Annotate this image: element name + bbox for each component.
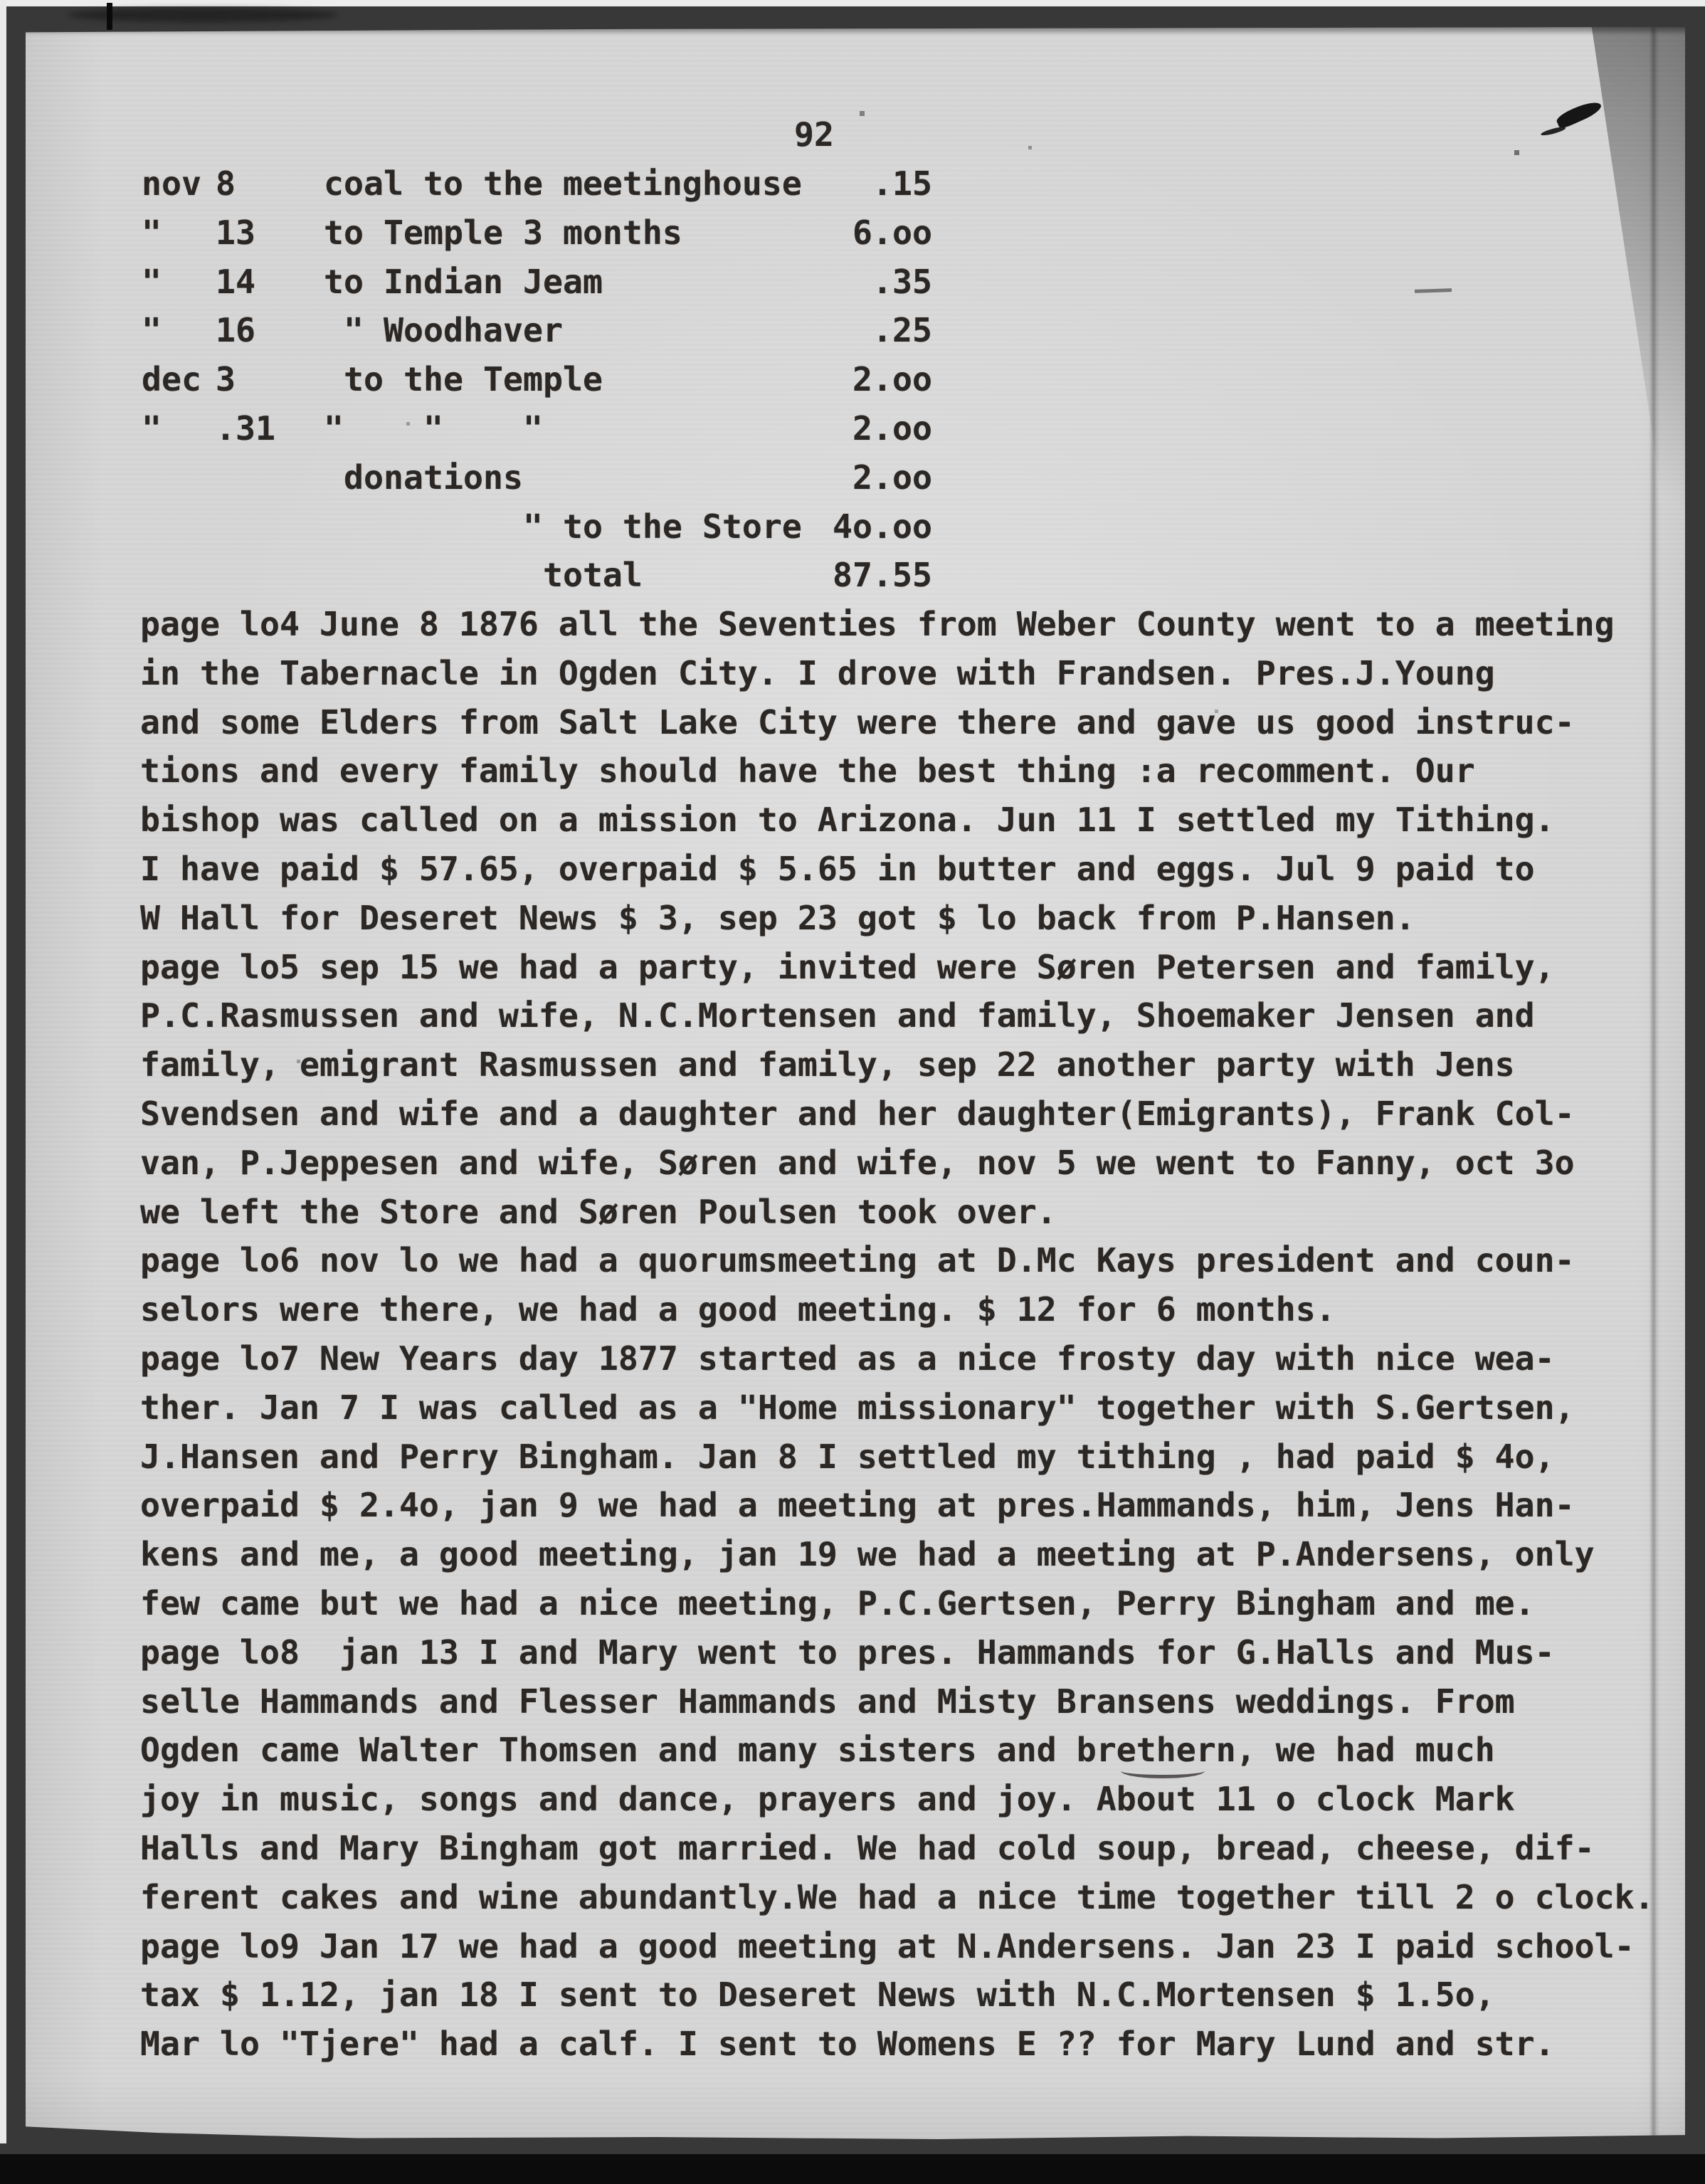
ledger-row: donations2.oo: [142, 453, 1095, 502]
ledger-month: ": [142, 306, 162, 355]
ledger-month: nov: [142, 159, 201, 209]
ledger-row: "16 " Woodhaver.25: [142, 306, 1095, 355]
ledger-amount: 4o.oo: [719, 502, 932, 552]
ledger-amount: 2.oo: [719, 453, 932, 502]
ledger-day: 3: [216, 355, 236, 404]
ledger-desc: to Temple 3 months: [324, 209, 682, 258]
ledger-desc: total: [324, 551, 643, 600]
ledger-day: .31: [216, 404, 275, 453]
expense-ledger: nov8coal to the meetinghouse.15"13to Tem…: [142, 159, 1095, 600]
ledger-amount: .25: [719, 306, 932, 355]
ledger-desc: to Indian Jeam: [324, 258, 603, 307]
ledger-amount: 2.oo: [719, 404, 932, 453]
ledger-month: ": [142, 404, 162, 453]
ledger-row: " to the Store4o.oo: [142, 502, 1095, 552]
paper-top-shadow: [26, 27, 1685, 36]
ledger-day: 13: [216, 209, 255, 258]
ledger-desc: to the Temple: [324, 355, 603, 404]
scan-edge-bottom: [0, 2154, 1705, 2184]
pencil-underline-mark: [1121, 1763, 1205, 1778]
scan-edge-top: [0, 0, 1705, 6]
stray-dash-mark: [1415, 288, 1452, 293]
ledger-row: "14to Indian Jeam.35: [142, 258, 1095, 307]
ledger-desc: donations: [324, 453, 523, 502]
ledger-amount: .15: [719, 159, 932, 209]
ledger-month: ": [142, 209, 162, 258]
paper-speck: [26, 27, 28, 29]
ledger-desc: " Woodhaver: [324, 306, 563, 355]
page-number: 92: [794, 110, 834, 159]
ledger-month: dec: [142, 355, 201, 404]
ledger-amount: 6.oo: [719, 209, 932, 258]
ledger-amount: 2.oo: [719, 355, 932, 404]
paper-edge-shadow: [1571, 27, 1685, 653]
scanned-document: 92 nov8coal to the meetinghouse.15"13to …: [0, 0, 1705, 2184]
document-page: 92 nov8coal to the meetinghouse.15"13to …: [26, 27, 1685, 2139]
ledger-day: 16: [216, 306, 255, 355]
ledger-amount: .35: [719, 258, 932, 307]
ink-blot-mark: [1555, 97, 1603, 130]
ledger-row: dec3 to the Temple2.oo: [142, 355, 1095, 404]
scan-edge-left: [0, 0, 6, 2143]
frame-tick-mark: [107, 3, 112, 30]
ledger-row: total87.55: [142, 551, 1095, 600]
ledger-day: 8: [216, 159, 236, 209]
ledger-desc: " " ": [324, 404, 543, 453]
ledger-day: 14: [216, 258, 255, 307]
ledger-row: ".31" " "2.oo: [142, 404, 1095, 453]
ledger-month: ": [142, 258, 162, 307]
ledger-amount: 87.55: [719, 551, 932, 600]
ledger-row: nov8coal to the meetinghouse.15: [142, 159, 1095, 209]
ledger-row: "13to Temple 3 months6.oo: [142, 209, 1095, 258]
journal-text: page lo4 June 8 1876 all the Seventies f…: [140, 600, 1705, 2069]
